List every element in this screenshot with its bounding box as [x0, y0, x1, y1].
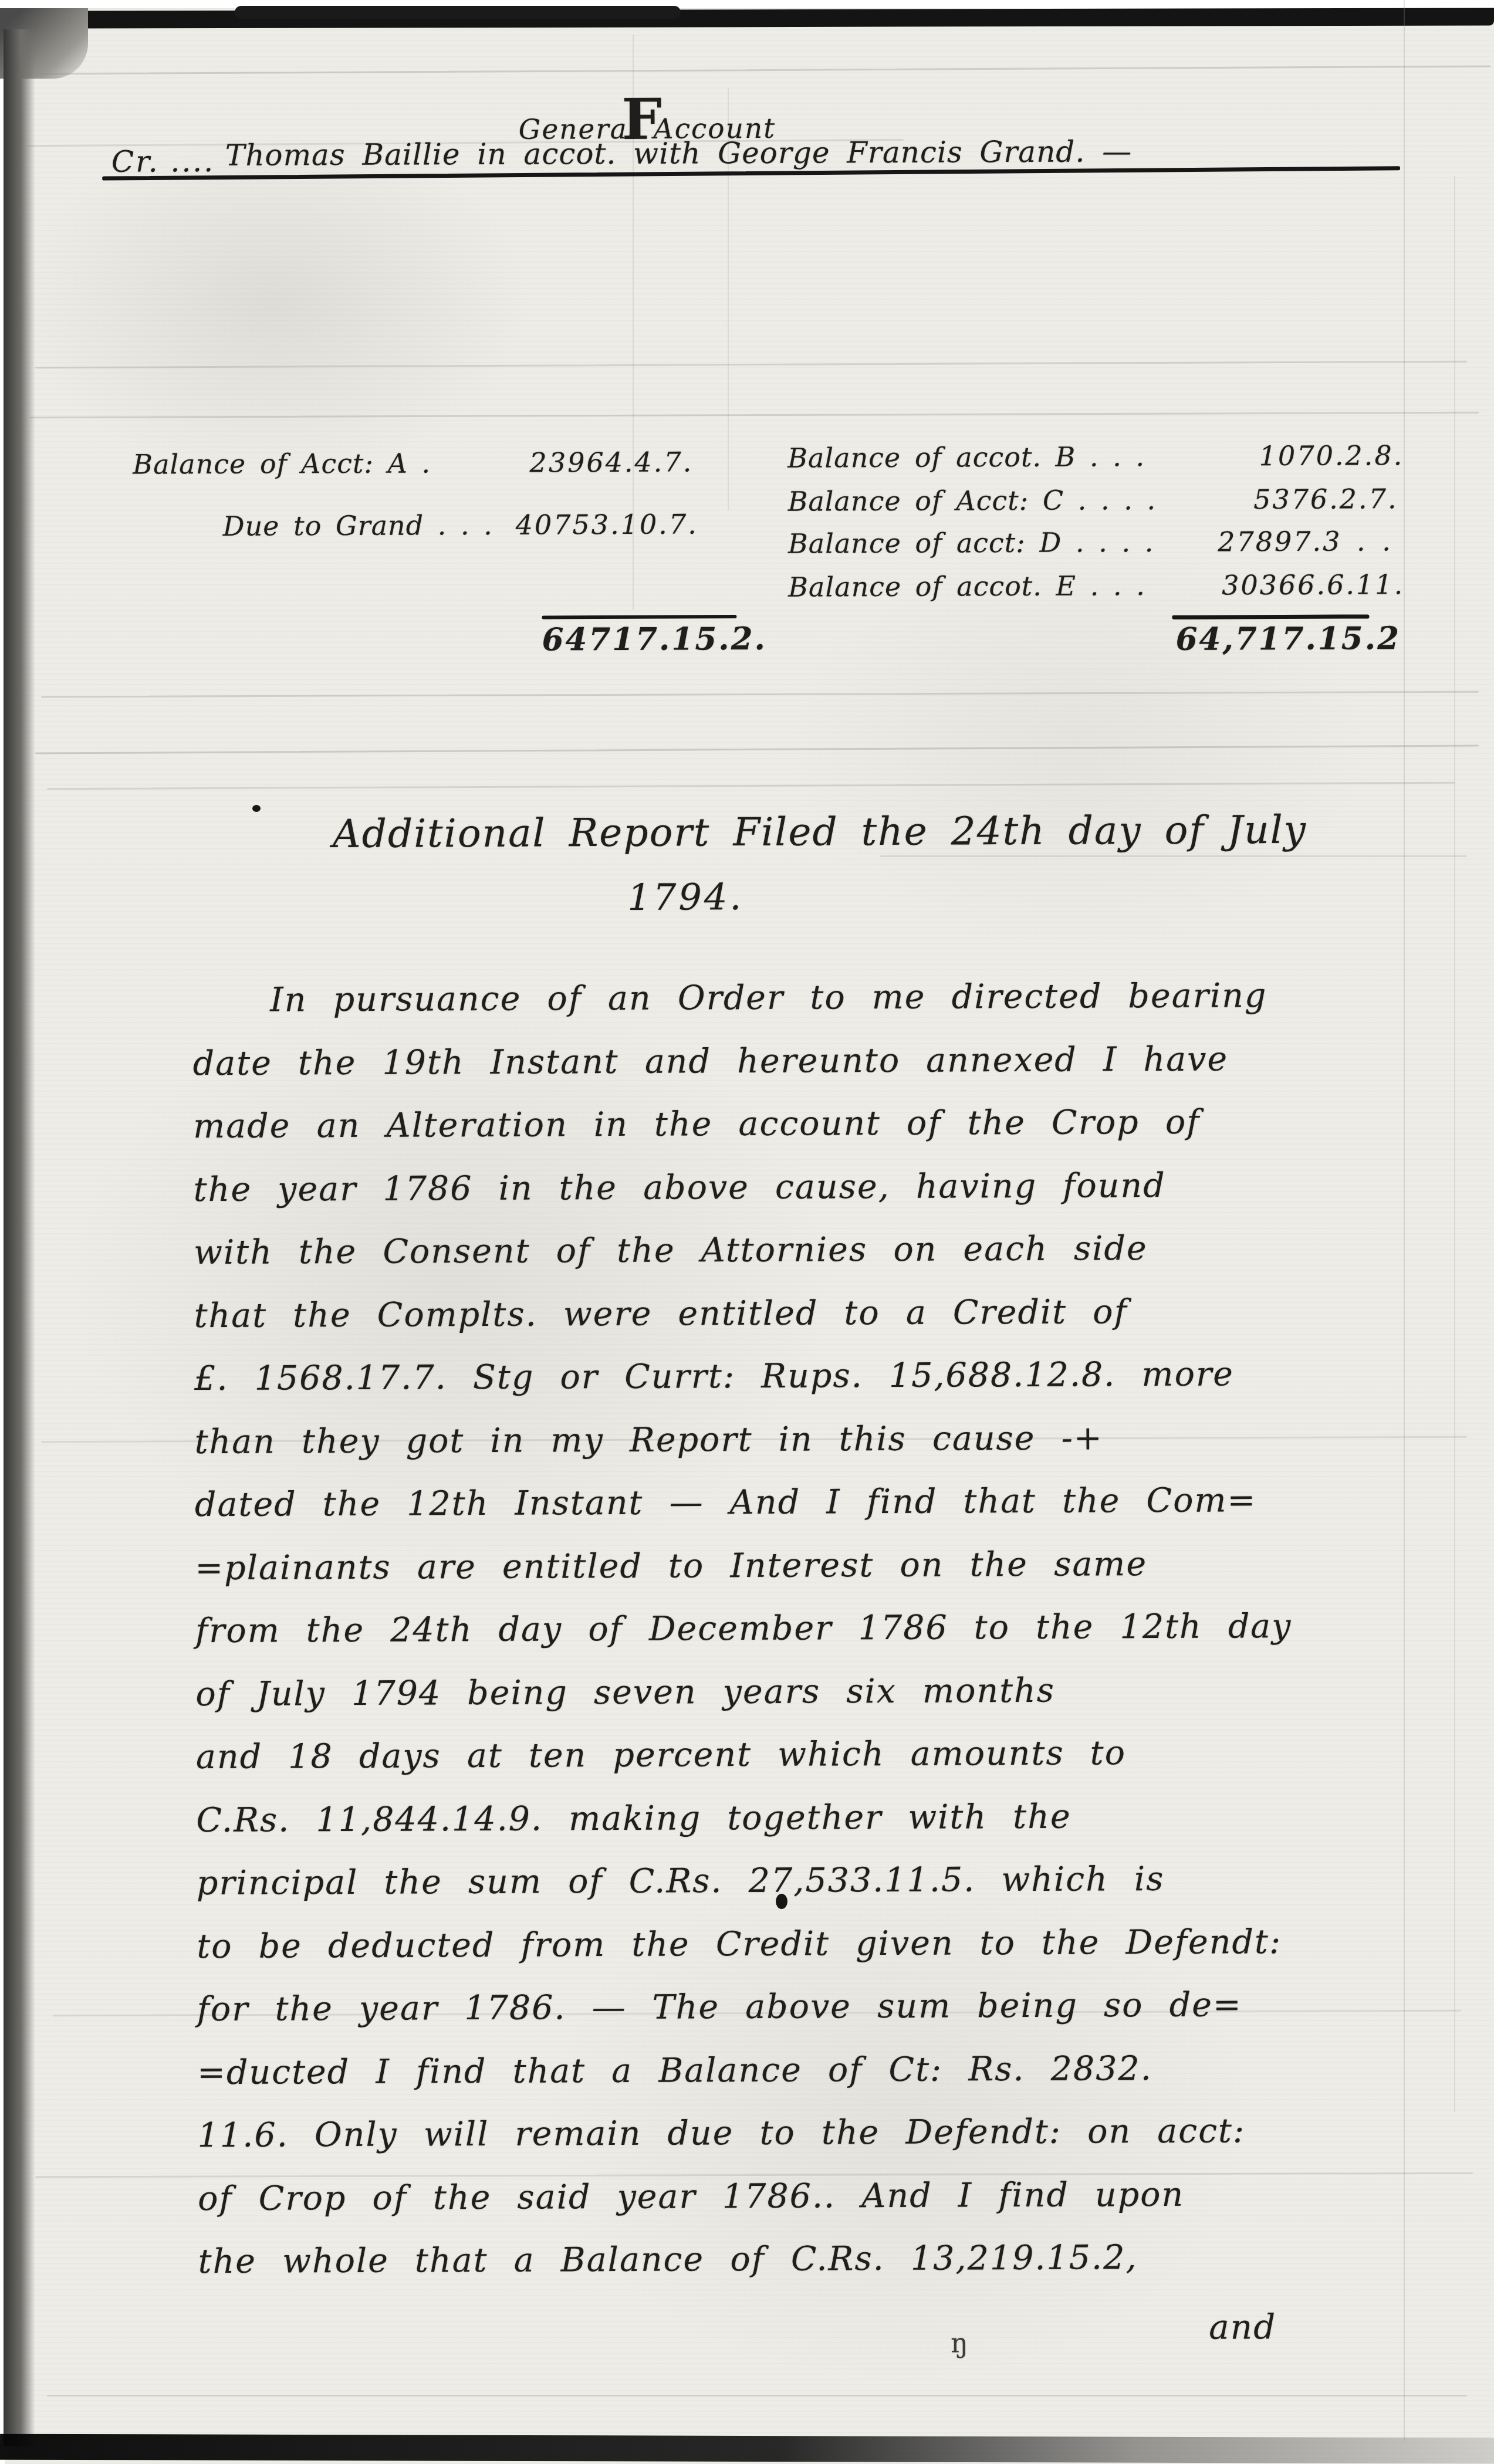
ledger-row-label: Due to Grand . . .: [223, 509, 493, 542]
report-title-line1: Additional Report Filed the 24th day of …: [292, 807, 1348, 857]
manuscript-content: F General Account Cr. .... Thomas Bailli…: [0, 0, 1494, 2464]
manuscript-line: In pursuance of an Order to me directed …: [192, 964, 1384, 1032]
ledger-row: Balance of accot. B . . . 1070.2.8.: [787, 439, 1404, 474]
manuscript-line: principal the sum of C.Rs. 27,533.11.5. …: [197, 1847, 1388, 1915]
manuscript-line: 11.6. Only will remain due to the Defend…: [197, 2099, 1388, 2167]
ledger-row-label: Balance of accot. B . . .: [787, 441, 1145, 474]
manuscript-line: from the 24th day of December 1786 to th…: [195, 1595, 1387, 1663]
ledger-row-value: 30366.6.11.: [1222, 568, 1404, 601]
account-heading: Thomas Baillie in accot. with George Fra…: [225, 134, 1132, 172]
manuscript-line: the year 1786 in the above cause, having…: [193, 1153, 1384, 1221]
manuscript-body: In pursuance of an Order to me directed …: [192, 964, 1390, 2293]
ledger-row-value: 40753.10.7.: [516, 508, 698, 540]
report-title-line2: 1794.: [627, 875, 743, 919]
ledger-right-total-rule: [1172, 614, 1369, 619]
ledger-row-label: Balance of Acct: C . . . .: [787, 484, 1156, 517]
manuscript-line: of July 1794 being seven years six month…: [195, 1658, 1387, 1726]
manuscript-line: £. 1568.17.7. Stg or Currt: Rups. 15,688…: [194, 1342, 1385, 1410]
ledger-row: Due to Grand . . . 40753.10.7.: [223, 508, 698, 542]
stray-pen-mark: ŋ: [951, 2327, 968, 2358]
ledger-row: Balance of Acct: A . 23964.4.7.: [133, 446, 693, 480]
ledger-row: Balance of acct: D . . . . 27897.3 . .: [788, 525, 1392, 559]
ledger-row-label: Balance of accot. E . . .: [788, 570, 1145, 603]
manuscript-line: the whole that a Balance of C.Rs. 13,219…: [198, 2225, 1389, 2293]
manuscript-line: for the year 1786. — The above sum being…: [197, 1973, 1388, 2041]
manuscript-line: than they got in my Report in this cause…: [194, 1406, 1385, 1474]
ledger-row-value: 27897.3 . .: [1218, 525, 1392, 557]
manuscript-line: with the Consent of the Attornies on eac…: [194, 1216, 1385, 1284]
manuscript-line: date the 19th Instant and hereunto annex…: [193, 1027, 1384, 1095]
catchword: and: [1209, 2307, 1276, 2347]
account-heading-prefix: Cr. ....: [111, 144, 215, 179]
ledger-right-total: 64,717.15.2: [1175, 620, 1401, 658]
ledger-row-value: 5376.2.7.: [1253, 483, 1398, 515]
manuscript-line: =ducted I find that a Balance of Ct: Rs.…: [197, 2036, 1388, 2104]
manuscript-line: that the Complts. were entitled to a Cre…: [194, 1280, 1385, 1348]
ledger-row-value: 23964.4.7.: [529, 446, 693, 478]
manuscript-line: of Crop of the said year 1786.. And I fi…: [198, 2162, 1389, 2231]
manuscript-line: dated the 12th Instant — And I find that…: [195, 1468, 1386, 1536]
ledger-row-label: Balance of acct: D . . . .: [788, 526, 1154, 560]
ledger-row-label: Balance of Acct: A .: [133, 447, 431, 480]
manuscript-line: to be deducted from the Credit given to …: [197, 1910, 1388, 1978]
ledger-row-value: 1070.2.8.: [1259, 439, 1404, 472]
ledger-row: Balance of Acct: C . . . . 5376.2.7.: [787, 483, 1398, 517]
scanned-manuscript-page: F General Account Cr. .... Thomas Bailli…: [0, 0, 1494, 2464]
manuscript-line: =plainants are entitled to Interest on t…: [195, 1532, 1386, 1600]
manuscript-line: and 18 days at ten percent which amounts…: [196, 1721, 1387, 1789]
manuscript-line: C.Rs. 11,844.14.9. making together with …: [196, 1784, 1387, 1852]
manuscript-line: made an Alteration in the account of the…: [193, 1090, 1384, 1158]
ledger-left-total: 64717.15.2.: [542, 621, 767, 658]
ledger-left-total-rule: [542, 615, 736, 619]
ledger-row: Balance of accot. E . . . 30366.6.11.: [788, 568, 1404, 603]
